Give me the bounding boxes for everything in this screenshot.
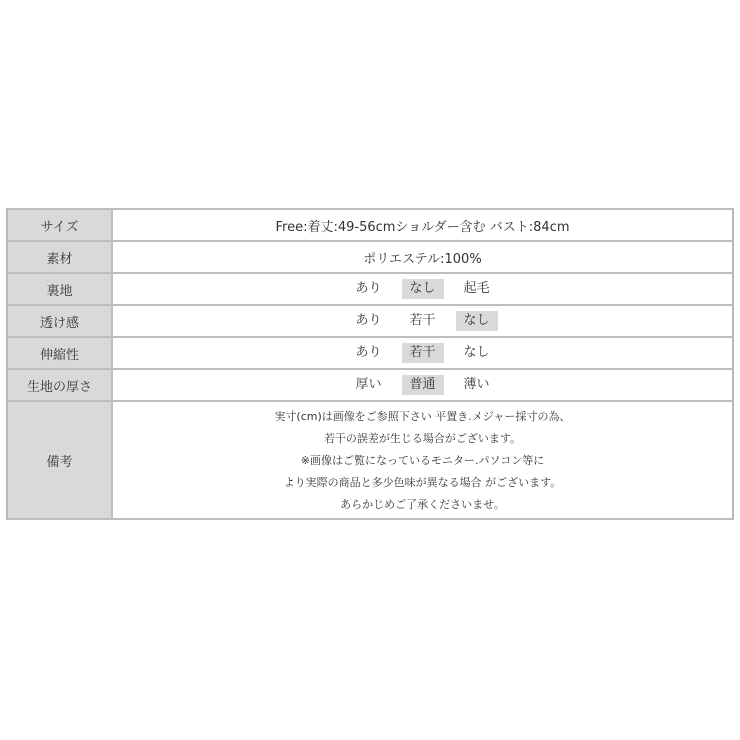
stretch-option-yes: あり [348,343,390,363]
lining-options: あり なし 起毛 [113,279,732,299]
spec-value-notes: 実寸(cm)は画像をご参照下さい 平置き.メジャー採寸の為、 若干の誤差が生じる… [112,401,733,519]
stretch-option-none: なし [456,343,498,363]
spec-label-material: 素材 [7,241,112,273]
spec-label-size: サイズ [7,209,112,241]
spec-label-sheerness: 透け感 [7,305,112,337]
spec-label-stretch: 伸縮性 [7,337,112,369]
lining-option-yes: あり [348,279,390,299]
sheerness-options: あり 若干 なし [113,311,732,331]
lining-option-brushed: 起毛 [456,279,498,299]
stretch-options: あり 若干 なし [113,343,732,363]
spec-row-stretch: 伸縮性 あり 若干 なし [7,337,733,369]
thickness-option-normal-selected: 普通 [402,375,444,395]
notes-text: 実寸(cm)は画像をご参照下さい 平置き.メジャー採寸の為、 若干の誤差が生じる… [113,404,732,516]
notes-line-1: 実寸(cm)は画像をご参照下さい 平置き.メジャー採寸の為、 [113,406,732,428]
notes-line-2: 若干の誤差が生じる場合がございます。 [113,428,732,450]
notes-line-5: あらかじめご了承くださいませ。 [113,494,732,516]
spec-value-material: ポリエステル:100% [112,241,733,273]
spec-row-notes: 備考 実寸(cm)は画像をご参照下さい 平置き.メジャー採寸の為、 若干の誤差が… [7,401,733,519]
spec-label-thickness: 生地の厚さ [7,369,112,401]
spec-value-stretch: あり 若干 なし [112,337,733,369]
thickness-option-thick: 厚い [348,375,390,395]
spec-value-size: Free:着丈:49-56cmショルダー含む バスト:84cm [112,209,733,241]
spec-row-size: サイズ Free:着丈:49-56cmショルダー含む バスト:84cm [7,209,733,241]
lining-option-none-selected: なし [402,279,444,299]
spec-label-notes: 備考 [7,401,112,519]
sheerness-option-slight: 若干 [402,311,444,331]
spec-label-lining: 裏地 [7,273,112,305]
sheerness-option-none-selected: なし [456,311,498,331]
thickness-options: 厚い 普通 薄い [113,375,732,395]
product-spec-table: サイズ Free:着丈:49-56cmショルダー含む バスト:84cm 素材 ポ… [6,208,734,520]
spec-row-material: 素材 ポリエステル:100% [7,241,733,273]
notes-line-3: ※画像はご覧になっているモニター.パソコン等に [113,450,732,472]
sheerness-option-yes: あり [348,311,390,331]
notes-line-4: より実際の商品と多少色味が異なる場合 がございます。 [113,472,732,494]
thickness-option-thin: 薄い [456,375,498,395]
spec-row-lining: 裏地 あり なし 起毛 [7,273,733,305]
spec-value-thickness: 厚い 普通 薄い [112,369,733,401]
spec-value-sheerness: あり 若干 なし [112,305,733,337]
spec-row-sheerness: 透け感 あり 若干 なし [7,305,733,337]
spec-row-thickness: 生地の厚さ 厚い 普通 薄い [7,369,733,401]
spec-value-lining: あり なし 起毛 [112,273,733,305]
stretch-option-slight-selected: 若干 [402,343,444,363]
